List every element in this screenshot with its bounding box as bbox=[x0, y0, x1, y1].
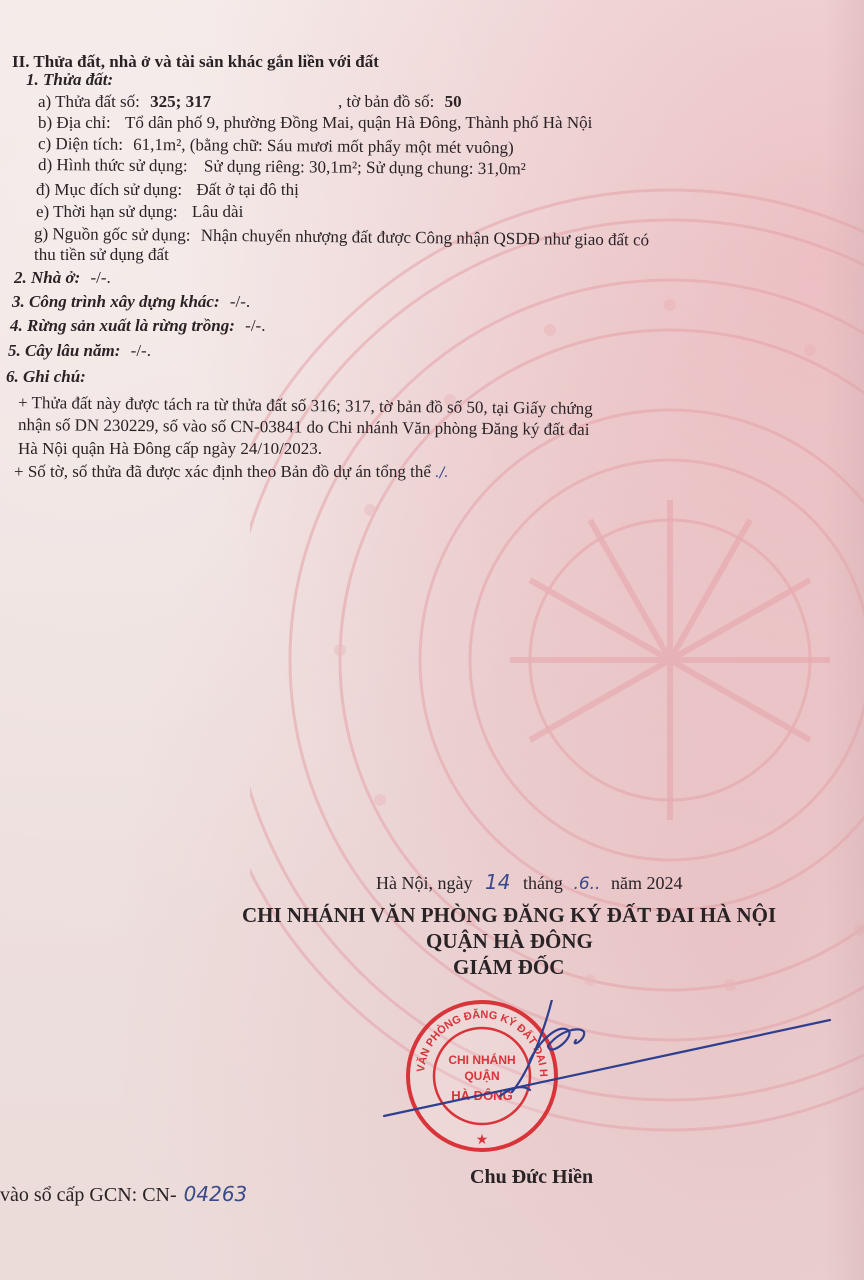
note2-handwritten-mark: ./. bbox=[435, 465, 449, 481]
house-label: 2. Nhà ở: bbox=[14, 268, 80, 287]
note1-line3: Hà Nội quận Hà Đông cấp ngày 24/10/2023. bbox=[18, 439, 322, 459]
perennial-trees-label: 5. Cây lâu năm: bbox=[8, 341, 120, 360]
plot-number-row: a) Thửa đất số: 325; 317 bbox=[38, 92, 211, 112]
signing-month: .6.. bbox=[573, 874, 600, 894]
registry-label: vào sổ cấp GCN: CN- bbox=[0, 1184, 177, 1206]
address-label: b) Địa chỉ: bbox=[38, 113, 111, 132]
production-forest-value: -/-. bbox=[245, 316, 265, 335]
production-forest-label: 4. Rừng sản xuất là rừng trồng: bbox=[10, 316, 235, 335]
usage-form-row: d) Hình thức sử dụng: Sử dụng riêng: 30,… bbox=[38, 155, 526, 179]
area-row: c) Diện tích: 61,1m², (bằng chữ: Sáu mươ… bbox=[38, 134, 514, 158]
note2-text: + Số tờ, số thửa đã được xác định theo B… bbox=[14, 462, 431, 481]
purpose-label: đ) Mục đích sử dụng: bbox=[36, 180, 182, 199]
area-label: c) Diện tích: bbox=[38, 134, 123, 154]
other-construction-row: 3. Công trình xây dựng khác: -/-. bbox=[12, 292, 250, 312]
purpose-row: đ) Mục đích sử dụng: Đất ở tại đô thị bbox=[36, 180, 299, 200]
section-title: II. Thửa đất, nhà ở và tài sản khác gắn … bbox=[12, 52, 379, 72]
perennial-trees-row: 5. Cây lâu năm: -/-. bbox=[8, 341, 151, 361]
purpose-value: Đất ở tại đô thị bbox=[196, 180, 298, 199]
term-value: Lâu dài bbox=[192, 202, 243, 221]
usage-form-value: Sử dụng riêng: 30,1m²; Sử dụng chung: 31… bbox=[204, 156, 526, 178]
note2-row: + Số tờ, số thửa đã được xác định theo B… bbox=[14, 462, 449, 483]
registry-row: vào sổ cấp GCN: CN- 04263 bbox=[0, 1182, 247, 1207]
other-construction-label: 3. Công trình xây dựng khác: bbox=[12, 292, 220, 311]
plot-number-label: a) Thửa đất số: bbox=[38, 92, 140, 111]
signer-name: Chu Đức Hiền bbox=[470, 1164, 593, 1190]
office-name-line2: QUẬN HÀ ĐÔNG bbox=[426, 928, 593, 954]
address-row: b) Địa chỉ: Tổ dân phố 9, phường Đồng Ma… bbox=[38, 113, 592, 133]
plot-number-value: 325; 317 bbox=[150, 92, 211, 111]
svg-text:★: ★ bbox=[476, 1133, 489, 1148]
origin-value-line2: thu tiền sử dụng đất bbox=[34, 245, 169, 265]
notes-heading: 6. Ghi chú: bbox=[6, 367, 86, 387]
production-forest-row: 4. Rừng sản xuất là rừng trồng: -/-. bbox=[10, 316, 265, 336]
map-sheet-value: 50 bbox=[445, 92, 462, 111]
perennial-trees-value: -/-. bbox=[131, 341, 151, 360]
director-signature-icon bbox=[380, 1000, 840, 1130]
map-sheet-row: , tờ bản đồ số: 50 bbox=[338, 92, 462, 112]
office-name-line1: CHI NHÁNH VĂN PHÒNG ĐĂNG KÝ ĐẤT ĐAI HÀ N… bbox=[242, 902, 776, 928]
house-value: -/-. bbox=[91, 268, 111, 287]
house-row: 2. Nhà ở: -/-. bbox=[14, 268, 111, 288]
address-value: Tổ dân phố 9, phường Đồng Mai, quận Hà Đ… bbox=[125, 113, 592, 132]
certificate-content: II. Thửa đất, nhà ở và tài sản khác gắn … bbox=[0, 0, 864, 1280]
year-label: năm 2024 bbox=[611, 873, 683, 893]
note1-line2: nhận số DN 230229, số vào số CN-03841 do… bbox=[18, 415, 590, 440]
term-label: e) Thời hạn sử dụng: bbox=[36, 202, 178, 221]
other-construction-value: -/-. bbox=[230, 292, 250, 311]
month-label: tháng bbox=[523, 873, 563, 893]
map-sheet-label: , tờ bản đồ số: bbox=[338, 92, 434, 111]
place-date-row: Hà Nội, ngày 14 tháng .6.. năm 2024 bbox=[376, 872, 682, 894]
place-date-prefix: Hà Nội, ngày bbox=[376, 873, 472, 893]
usage-form-label: d) Hình thức sử dụng: bbox=[38, 155, 188, 175]
registry-number: 04263 bbox=[184, 1182, 248, 1206]
origin-value-line1: Nhận chuyển nhượng đất được Công nhận QS… bbox=[201, 226, 650, 250]
land-plot-heading: 1. Thửa đất: bbox=[26, 70, 113, 90]
position-title: GIÁM ĐỐC bbox=[453, 954, 564, 980]
term-row: e) Thời hạn sử dụng: Lâu dài bbox=[36, 202, 243, 222]
area-value: 61,1m², (bằng chữ: Sáu mươi mốt phẩy một… bbox=[133, 135, 514, 157]
signing-day: 14 bbox=[485, 870, 510, 894]
origin-label: g) Nguồn gốc sử dụng: bbox=[34, 224, 191, 245]
